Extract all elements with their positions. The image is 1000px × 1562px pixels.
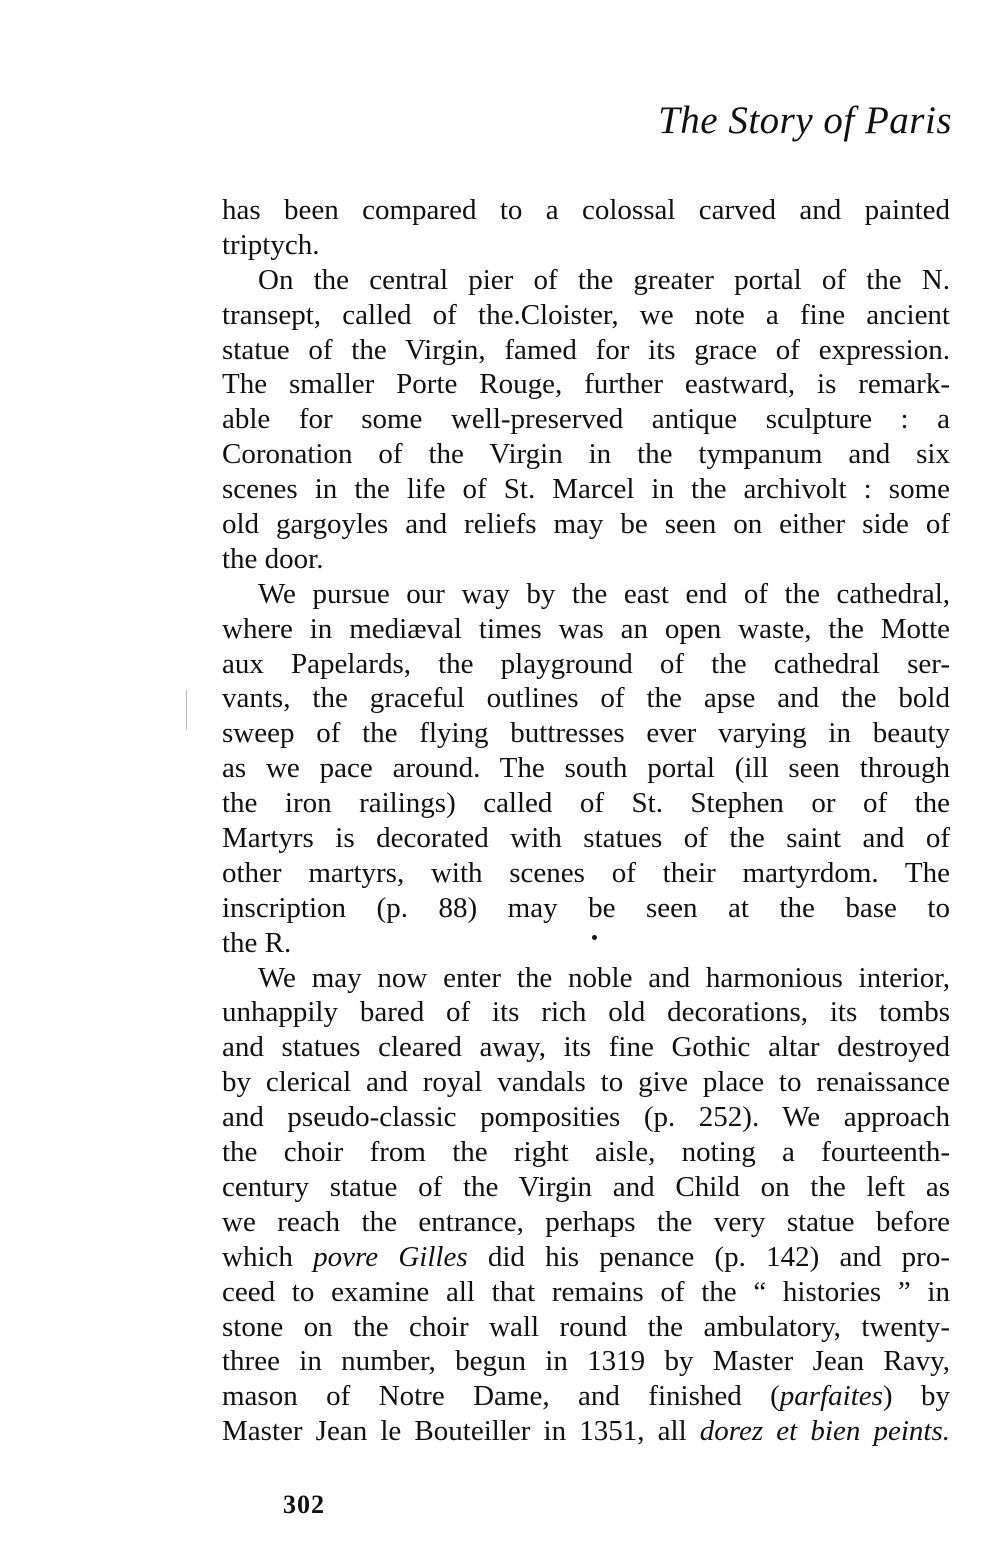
text-line: has been compared to a colossal carved a… [222, 193, 950, 228]
page-number: 302 [283, 1490, 325, 1520]
text-line: transept, called of the.Cloister, we not… [222, 298, 950, 333]
text-line: the door. [222, 542, 950, 577]
text-line: We may now enter the noble and harmoniou… [222, 961, 950, 996]
text-line: We pursue our way by the east end of the… [222, 577, 950, 612]
text-line: old gargoyles and reliefs may be seen on… [222, 507, 950, 542]
print-speck [592, 935, 597, 940]
text-line: stone on the choir wall round the ambula… [222, 1310, 950, 1345]
text-line: which povre Gilles did his penance (p. 1… [222, 1240, 950, 1275]
text-line: the choir from the right aisle, noting a… [222, 1135, 950, 1170]
text-line: mason of Notre Dame, and finished (parfa… [222, 1379, 950, 1414]
margin-mark [186, 690, 187, 730]
italic-phrase: dorez et bien peints. [700, 1415, 950, 1447]
text-line: three in number, begun in 1319 by Master… [222, 1344, 950, 1379]
text-line: we reach the entrance, perhaps the very … [222, 1205, 950, 1240]
text-line: able for some well-preserved antique scu… [222, 402, 950, 437]
text-line: vants, the graceful outlines of the apse… [222, 681, 950, 716]
text-segment: mason of Notre Dame, and finished ( [222, 1380, 780, 1412]
text-line: and statues cleared away, its fine Gothi… [222, 1030, 950, 1065]
text-line: inscription (p. 88) may be seen at the b… [222, 891, 950, 926]
text-segment: which [222, 1241, 313, 1273]
text-line: other martyrs, with scenes of their mart… [222, 856, 950, 891]
text-line: by clerical and royal vandals to give pl… [222, 1065, 950, 1100]
text-line: and pseudo-classic pomposities (p. 252).… [222, 1100, 950, 1135]
text-line: sweep of the flying buttresses ever vary… [222, 716, 950, 751]
text-line: statue of the Virgin, famed for its grac… [222, 333, 950, 368]
text-line: where in mediæval times was an open wast… [222, 612, 950, 647]
text-line: scenes in the life of St. Marcel in the … [222, 472, 950, 507]
text-line: unhappily bared of its rich old decorati… [222, 995, 950, 1030]
italic-phrase: parfaites [780, 1380, 883, 1412]
running-head: The Story of Paris [600, 98, 952, 143]
text-line: the iron railings) called of St. Stephen… [222, 786, 950, 821]
body-text: has been compared to a colossal carved a… [222, 193, 950, 1449]
text-line: Coronation of the Virgin in the tympanum… [222, 437, 950, 472]
text-segment: ) by [883, 1380, 950, 1412]
text-line: Martyrs is decorated with statues of the… [222, 821, 950, 856]
text-line: Master Jean le Bouteiller in 1351, all d… [222, 1414, 950, 1449]
text-line: aux Papelards, the playground of the cat… [222, 647, 950, 682]
text-line: the R. [222, 926, 950, 961]
text-line: The smaller Porte Rouge, further eastwar… [222, 367, 950, 402]
text-line: century statue of the Virgin and Child o… [222, 1170, 950, 1205]
text-line: triptych. [222, 228, 950, 263]
text-line: ceed to examine all that remains of the … [222, 1275, 950, 1310]
text-segment: did his penance (p. 142) and pro- [468, 1241, 950, 1273]
text-line: as we pace around. The south portal (ill… [222, 751, 950, 786]
text-line: On the central pier of the greater porta… [222, 263, 950, 298]
text-segment: Master Jean le Bouteiller in 1351, all [222, 1415, 700, 1447]
italic-phrase: povre Gilles [313, 1241, 467, 1273]
